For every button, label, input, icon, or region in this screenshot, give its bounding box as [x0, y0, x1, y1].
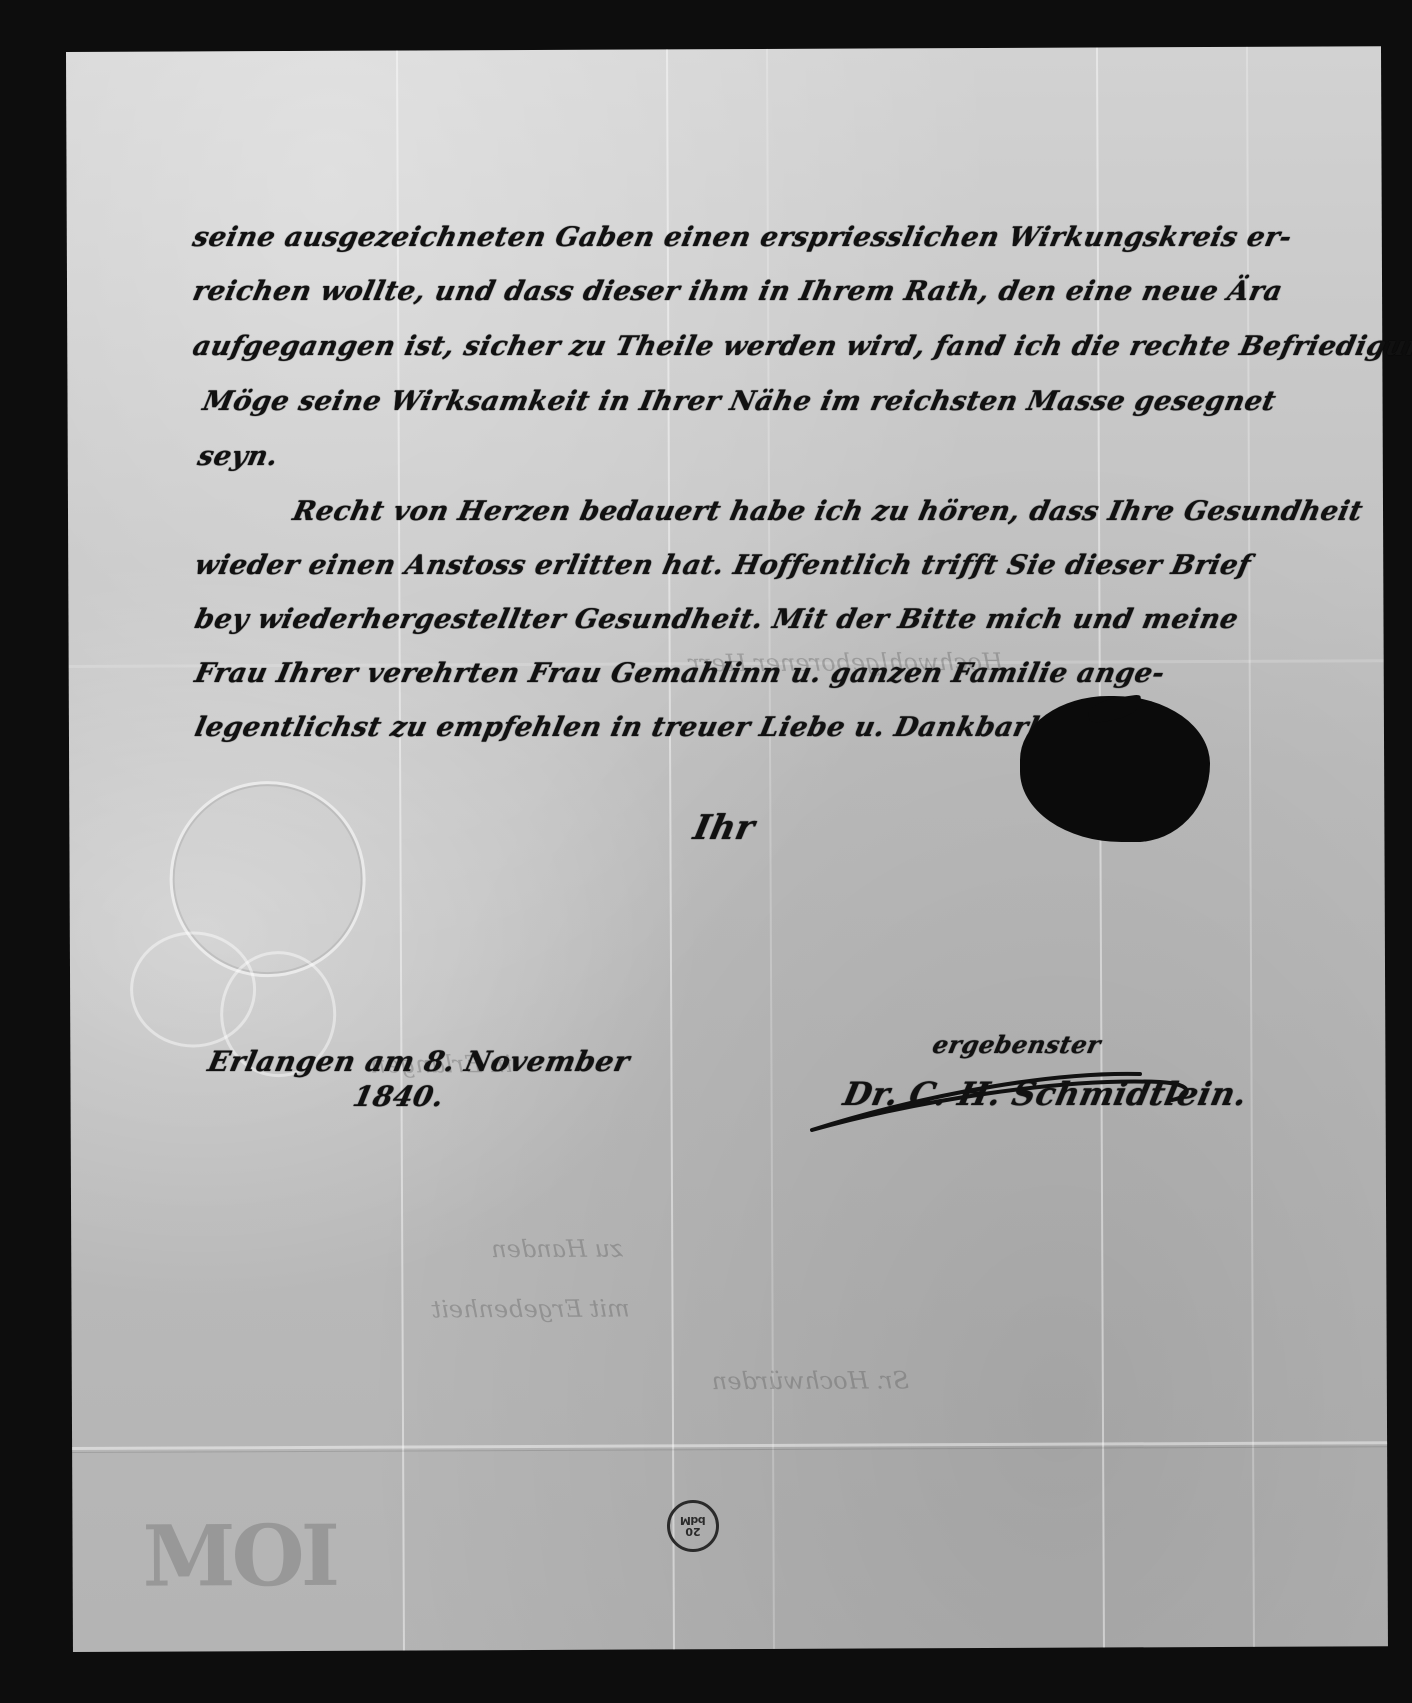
letter-line: seine ausgezeichneten Gaben einen erspri…: [190, 222, 1295, 253]
letter-line: bey wiederhergestellter Gesundheit. Mit …: [192, 604, 1241, 635]
place-date: Erlangen am 8. November: [205, 1045, 633, 1078]
letter-line: seyn.: [195, 441, 281, 472]
bleed-through-text: Sr. Hochwürden: [712, 1366, 909, 1395]
bleed-through-text: zu Handen: [491, 1235, 623, 1264]
archive-stamp: 20 bdM: [667, 1500, 719, 1552]
year: 1840.: [350, 1080, 447, 1113]
letter-line: reichen wollte, und dass dieser ihm in I…: [190, 276, 1285, 307]
letter-line: legentlichst zu empfehlen in treuer Lieb…: [192, 712, 1092, 743]
letter-line: Frau Ihrer verehrten Frau Gemahlinn u. g…: [192, 658, 1168, 689]
valediction: ergebenster: [930, 1030, 1104, 1059]
signature-flourish: [800, 1060, 1240, 1150]
watermark-monogram: MOI: [142, 1506, 336, 1606]
stamp-number: 20: [685, 1526, 700, 1537]
closing-word: Ihr: [690, 808, 759, 848]
letter-line: wieder einen Anstoss erlitten hat. Hoffe…: [192, 550, 1254, 581]
letter-line: aufgegangen ist, sicher zu Theile werden…: [190, 331, 1412, 362]
stamp-label: bdM: [680, 1515, 705, 1526]
letter-line: Recht von Herzen bedauert habe ich zu hö…: [290, 496, 1366, 527]
letter-line: Möge seine Wirksamkeit in Ihrer Nähe im …: [200, 386, 1279, 417]
bleed-through-text: mit Ergebenheit: [431, 1295, 629, 1324]
